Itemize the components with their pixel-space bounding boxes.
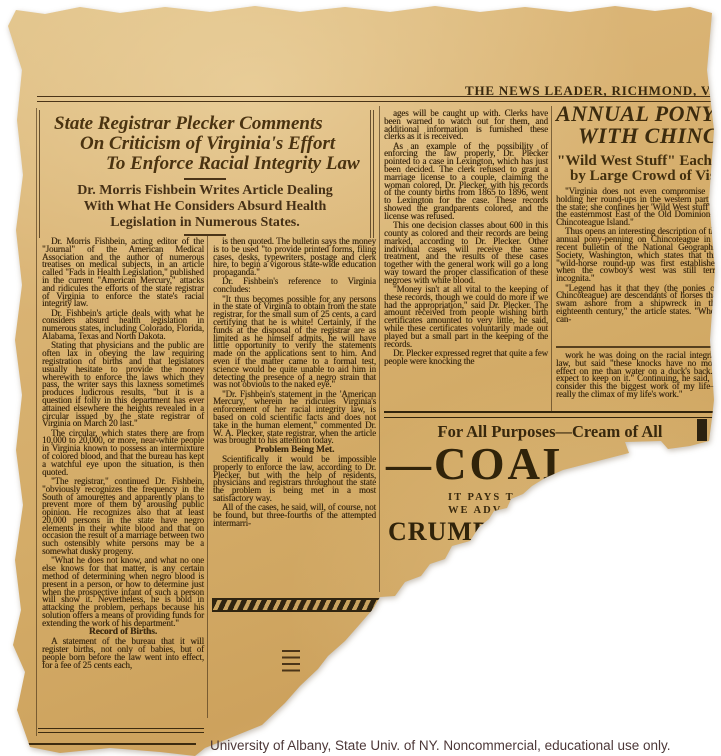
body-column-1: Dr. Morris Fishbein, acting editor of th… xyxy=(42,238,204,671)
paragraph: "The registrar," continued Dr. Fishbein,… xyxy=(42,478,204,556)
main-headline-line: On Criticism of Virginia's Effort xyxy=(40,134,370,154)
article-left-rule xyxy=(36,108,37,736)
column-rule-3-4 xyxy=(551,106,552,412)
decorative-striped-rule xyxy=(212,598,522,612)
archive-caption: University of Albany, State Univ. of NY.… xyxy=(210,738,670,753)
paragraph: This one decision classes about 600 in t… xyxy=(384,222,548,284)
body-column-2: is then quoted. The bulletin says the mo… xyxy=(213,238,376,529)
paragraph: "Money isn't at all vital to the keeping… xyxy=(384,286,548,348)
body-column-4: "Virginia does not even compromise by ho… xyxy=(556,188,719,325)
paragraph: "Virginia does not even compromise by ho… xyxy=(556,188,719,227)
paragraph: Stating that physicians and the public a… xyxy=(42,342,204,428)
paragraph: Dr. Fishbein's reference to Virginia con… xyxy=(213,278,376,294)
column-4-divider-rule xyxy=(556,346,716,348)
pony-headline-line: ANNUAL PONY-PEN xyxy=(556,104,721,124)
paragraph: Dr. Plecker expressed regret that quite … xyxy=(384,350,548,366)
paragraph: As an example of the possibility of enfo… xyxy=(384,143,548,221)
newspaper-clipping: THE NEWS LEADER, RICHMOND, VA., State Re… xyxy=(0,0,721,756)
paragraph: "Legend has it that they (the ponies on … xyxy=(556,285,719,324)
ad-top-rule xyxy=(384,411,714,418)
body-column-4-continuation: work he was doing on the racial integrit… xyxy=(556,352,719,400)
ad-company-name: CRUMP xyxy=(388,517,490,547)
archival-scan-page: THE NEWS LEADER, RICHMOND, VA., State Re… xyxy=(0,0,721,756)
column-rule-1-2 xyxy=(207,236,208,718)
headline-divider xyxy=(184,178,226,180)
pony-headline-line: WITH CHINCOTEA xyxy=(578,126,721,146)
body-column-3: ages will be caught up with. Clerks have… xyxy=(384,110,548,367)
pony-subhead-line: by Large Crowd of Visi xyxy=(570,168,720,185)
paragraph: "It thus becomes possible for any person… xyxy=(213,296,376,390)
clipping-bottom-rule xyxy=(14,743,196,745)
paragraph: Thus opens an interesting description of… xyxy=(556,228,719,283)
clipping-shadow: THE NEWS LEADER, RICHMOND, VA., State Re… xyxy=(0,0,721,756)
paragraph: ages will be caught up with. Clerks have… xyxy=(384,110,548,141)
paragraph: Dr. Fishbein's article deals with what h… xyxy=(42,310,204,341)
main-subhead-line: Dr. Morris Fishbein Writes Article Deali… xyxy=(40,183,370,199)
paragraph: All of the cases, he said, will, of cour… xyxy=(213,504,376,527)
ad-slogan-line: IT PAYS T xyxy=(448,492,515,503)
paragraph: A statement of the bureau that it will r… xyxy=(42,638,204,669)
ad-product-name: —COAL xyxy=(386,441,576,487)
main-headline-line: State Registrar Plecker Comments xyxy=(40,114,370,134)
paragraph: Dr. Morris Fishbein, acting editor of th… xyxy=(42,238,204,308)
torn-print-remnant xyxy=(282,650,300,674)
paragraph: "Dr. Fishbein's statement in the 'Americ… xyxy=(213,391,376,446)
column-1-end-rule xyxy=(38,728,204,733)
main-subhead-line: Legislation in Numerous States. xyxy=(40,215,370,231)
main-subhead-line: With What He Considers Absurd Health xyxy=(40,199,370,215)
paragraph: work he was doing on the racial integrit… xyxy=(556,352,719,399)
paragraph: The circular, which states there are fro… xyxy=(42,430,204,477)
ad-slogan-line: WE ADV xyxy=(448,505,502,516)
paragraph: "What he does not know, and what no one … xyxy=(42,557,204,627)
main-headline-box: State Registrar Plecker Comments On Crit… xyxy=(39,110,374,238)
paragraph: is then quoted. The bulletin says the mo… xyxy=(213,238,376,277)
column-rule-2-3 xyxy=(379,106,380,592)
paragraph: Scientifically it would be impossible pr… xyxy=(213,456,376,503)
main-headline-line: To Enforce Racial Integrity Law xyxy=(40,154,370,174)
